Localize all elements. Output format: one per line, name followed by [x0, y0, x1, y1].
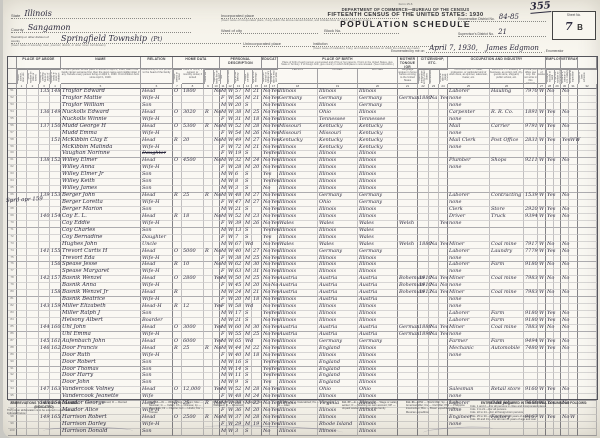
cell-code — [524, 360, 538, 367]
cell-naturalization — [429, 380, 439, 387]
cell-english — [439, 172, 448, 179]
cell-industry — [490, 373, 524, 380]
cell-street — [17, 158, 27, 165]
abbreviations-note: The proper abbreviation is to be entered… — [7, 409, 81, 415]
cell-own: R — [173, 193, 182, 200]
cell-dwelling: 137 — [39, 124, 50, 131]
cell-class — [538, 179, 546, 186]
cell-house — [27, 283, 39, 290]
cell-occupation: none — [448, 353, 490, 360]
cell-own — [173, 353, 182, 360]
cell-naturalization — [429, 200, 439, 207]
cell-radio — [204, 283, 213, 290]
cell-farm_no — [578, 311, 597, 318]
supervisors-district-label: Supervisor's District No. — [458, 32, 494, 36]
cell-naturalization — [429, 339, 439, 346]
cell-immigration — [418, 311, 429, 318]
table-row: 68Berger MarionSonMW21SNoYesIllinoisIlli… — [8, 207, 597, 214]
cell-veteran — [561, 360, 569, 367]
cell-farm_no — [578, 373, 597, 380]
column-sub-header: Number of farm schedule — [578, 69, 597, 84]
cell-at_work — [546, 373, 554, 380]
cell-line: 56 — [8, 124, 17, 131]
cell-value: 10 — [182, 262, 204, 269]
cell-english — [439, 360, 448, 367]
cell-radio — [204, 165, 213, 172]
cell-own — [173, 360, 182, 367]
column-sub-header: of each person whose place of abode on A… — [61, 69, 141, 84]
cell-farm — [213, 235, 220, 242]
column-group-header: RELATION — [141, 57, 173, 69]
cell-street — [17, 325, 27, 332]
cell-veteran — [561, 172, 569, 179]
cell-veteran: No — [561, 124, 569, 131]
cell-immigration — [418, 297, 429, 304]
cell-farm_no — [578, 179, 597, 186]
cell-family: 158 — [50, 290, 61, 297]
cell-english — [439, 145, 448, 152]
abbreviation-column: Col. 12.—W — White; Neg — Negro; Mex — M… — [149, 401, 209, 425]
cell-war — [569, 207, 578, 214]
cell-naturalization — [429, 151, 439, 158]
cell-code — [524, 179, 538, 186]
cell-war — [569, 235, 578, 242]
cell-house — [27, 360, 39, 367]
table-row: 89Door RuthWife-HFW40M18NoYesIllinoisIll… — [8, 353, 597, 360]
cell-dwelling — [39, 165, 50, 172]
cell-unemp — [554, 297, 561, 304]
cell-radio: R — [204, 249, 213, 256]
cell-farm — [213, 96, 220, 103]
cell-unemp — [554, 158, 561, 165]
cell-farm — [213, 172, 220, 179]
cell-value — [182, 221, 204, 228]
abbreviation-column: Col. 27.—E — Employer; W — Wage or salar… — [342, 401, 402, 425]
cell-line: 55 — [8, 117, 17, 124]
entries-item: Cols. 30 and 31.—For all men 21 years of… — [470, 418, 598, 421]
cell-own — [173, 429, 182, 436]
cell-house — [27, 158, 39, 165]
cell-dwelling: 147 — [39, 387, 50, 394]
ward-label: Ward of city — [221, 28, 242, 33]
cell-occupation — [448, 172, 490, 179]
cell-class: W — [538, 138, 546, 145]
cell-value — [182, 145, 204, 152]
cell-english — [439, 346, 448, 353]
township-value: Springfield Township — [57, 35, 151, 43]
enumerated-by-line: Enumerated by me on April 7, 1930, James… — [391, 45, 597, 53]
cell-unemp — [554, 228, 561, 235]
cell-class — [538, 360, 546, 367]
cell-veteran: No — [561, 249, 569, 256]
cell-value — [182, 311, 204, 318]
cell-immigration — [418, 256, 429, 263]
cell-mother_tongue: Welsh — [398, 242, 418, 249]
cell-radio — [204, 387, 213, 394]
cell-code: 9791 — [524, 124, 538, 131]
cell-farm: No — [213, 138, 220, 145]
cell-value: 18 — [182, 214, 204, 221]
cell-house — [27, 228, 39, 235]
cell-radio — [204, 276, 213, 283]
cell-unemp — [554, 256, 561, 263]
cell-farm_no — [578, 290, 597, 297]
cell-unemp — [554, 124, 561, 131]
county-value: Sangamon — [24, 24, 75, 32]
cell-radio — [204, 138, 213, 145]
cell-code — [524, 373, 538, 380]
cell-unemp — [554, 373, 561, 380]
cell-street — [17, 373, 27, 380]
cell-english — [439, 373, 448, 380]
cell-naturalization — [429, 221, 439, 228]
cell-unemp — [554, 193, 561, 200]
cell-farm: Yes — [213, 276, 220, 283]
cell-war — [569, 339, 578, 346]
cell-value — [182, 200, 204, 207]
cell-family: 152 — [50, 158, 61, 165]
cell-value: 5000 — [182, 249, 204, 256]
cell-radio — [204, 200, 213, 207]
cell-veteran: No — [561, 276, 569, 283]
cell-naturalization — [429, 214, 439, 221]
cell-veteran — [561, 228, 569, 235]
cell-class: W — [538, 346, 546, 353]
cell-naturalization — [429, 193, 439, 200]
cell-english — [439, 165, 448, 172]
column-sub-header — [8, 69, 17, 84]
cell-value: 3020 — [182, 110, 204, 117]
cell-english — [439, 207, 448, 214]
cell-radio — [204, 429, 213, 436]
cell-veteran: No — [561, 387, 569, 394]
cell-family: 160 — [50, 325, 61, 332]
cell-immigration — [418, 200, 429, 207]
cell-industry — [490, 96, 524, 103]
cell-value — [182, 360, 204, 367]
cell-house — [27, 186, 39, 193]
cell-immigration — [418, 339, 429, 346]
township-field: Township or other division of county Spr… — [11, 35, 241, 47]
cell-industry — [490, 353, 524, 360]
cell-veteran — [561, 353, 569, 360]
cell-class: W — [538, 276, 546, 283]
cell-own: O — [173, 158, 182, 165]
cell-english — [439, 311, 448, 318]
cell-farm — [213, 228, 220, 235]
cell-unemp — [554, 276, 561, 283]
column-sub-header: MOTHER — [358, 69, 398, 84]
cell-dwelling — [39, 131, 50, 138]
cell-farm_no — [578, 165, 597, 172]
cell-radio — [204, 318, 213, 325]
cell-house — [27, 214, 39, 221]
cell-industry — [490, 360, 524, 367]
cell-veteran: No — [561, 325, 569, 332]
cell-read_write: Yes — [270, 165, 278, 172]
cell-industry: Coal mine — [490, 276, 524, 283]
township-note: (Insert name of township, town, precinct… — [11, 44, 241, 47]
cell-farm — [213, 200, 220, 207]
cell-radio — [204, 228, 213, 235]
cell-naturalization — [429, 346, 439, 353]
cell-code: 2831 — [524, 138, 538, 145]
column-group-header: PLACE OF ABODE — [17, 57, 61, 69]
cell-at_work — [546, 221, 554, 228]
column-sub-header: PERSON — [278, 69, 318, 84]
cell-line: 94 — [8, 387, 17, 394]
cell-english — [439, 186, 448, 193]
cell-class: W — [538, 249, 546, 256]
cell-mother_tongue — [398, 151, 418, 158]
cell-age_married — [252, 304, 262, 311]
cell-street — [17, 269, 27, 276]
cell-line: 88 — [8, 346, 17, 353]
cell-veteran: No — [561, 262, 569, 269]
cell-family: 157 — [50, 276, 61, 283]
cell-house — [27, 262, 39, 269]
cell-english: Yes — [439, 290, 448, 297]
cell-veteran: No — [561, 214, 569, 221]
unincorporated-label: Unincorporated place — [243, 41, 281, 46]
cell-mother_tongue: Bohemian — [398, 290, 418, 297]
cell-unemp — [554, 131, 561, 138]
cell-farm: No — [213, 249, 220, 256]
cell-family — [50, 235, 61, 242]
cell-line: 78 — [8, 276, 17, 283]
cell-street — [17, 235, 27, 242]
cell-own — [173, 165, 182, 172]
cell-line: 53 — [8, 103, 17, 110]
column-sub-header: Age at last birthday — [234, 69, 244, 84]
cell-family — [50, 165, 61, 172]
cell-unemp — [554, 96, 561, 103]
cell-street — [17, 179, 27, 186]
cell-unemp — [554, 325, 561, 332]
cell-at_work: Yes — [546, 249, 554, 256]
cell-radio — [204, 145, 213, 152]
cell-dwelling — [39, 138, 50, 145]
cell-street — [17, 387, 27, 394]
cell-industry — [490, 429, 524, 436]
cell-war — [569, 283, 578, 290]
cell-english — [439, 103, 448, 110]
cell-code — [524, 221, 538, 228]
cell-code — [524, 145, 538, 152]
cell-unemp — [554, 380, 561, 387]
column-sub-header: Number of family in order of visitation — [50, 69, 61, 84]
cell-family — [50, 360, 61, 367]
cell-age_married — [252, 172, 262, 179]
cell-immigration — [418, 346, 429, 353]
abbreviations-title: ABBREVIATIONS TO BE USED IN COLUMNS (IND… — [7, 401, 81, 409]
column-sub-header: Street, avenue, road, etc. — [17, 69, 27, 84]
cell-dwelling — [39, 373, 50, 380]
column-sub-header: Age at first marriage — [252, 69, 262, 84]
cell-industry — [490, 297, 524, 304]
cell-code: 9211 — [524, 158, 538, 165]
cell-own — [173, 96, 182, 103]
cell-line: 51 — [8, 89, 17, 96]
cell-unemp — [554, 304, 561, 311]
cell-value — [182, 235, 204, 242]
cell-age_married — [252, 228, 262, 235]
cell-class — [538, 145, 546, 152]
cell-war — [569, 269, 578, 276]
cell-read_write: Yes — [270, 373, 278, 380]
cell-mother_tongue — [398, 367, 418, 374]
cell-line: 79 — [8, 283, 17, 290]
cell-value — [182, 96, 204, 103]
cell-street — [17, 214, 27, 221]
cell-class — [538, 96, 546, 103]
cell-war — [569, 200, 578, 207]
cell-own — [173, 221, 182, 228]
cell-class — [538, 172, 546, 179]
cell-farm_no — [578, 172, 597, 179]
cell-naturalization — [429, 117, 439, 124]
cell-english — [439, 297, 448, 304]
cell-veteran — [561, 373, 569, 380]
cell-street — [17, 96, 27, 103]
cell-war: WW — [569, 138, 578, 145]
cell-immigration — [418, 193, 429, 200]
cell-value — [182, 429, 204, 436]
cell-industry — [490, 367, 524, 374]
cell-english — [439, 367, 448, 374]
cell-own: O — [173, 124, 182, 131]
cell-industry: Coal mine — [490, 325, 524, 332]
cell-farm_no — [578, 353, 597, 360]
cell-street — [17, 145, 27, 152]
cell-house — [27, 221, 39, 228]
cell-house — [27, 256, 39, 263]
cell-war — [569, 103, 578, 110]
cell-house — [27, 96, 39, 103]
cell-naturalization — [429, 304, 439, 311]
cell-mother_tongue — [398, 387, 418, 394]
cell-farm_no — [578, 221, 597, 228]
cell-own: O — [173, 110, 182, 117]
cell-age_married: 18 — [252, 297, 262, 304]
cell-class — [538, 353, 546, 360]
column-group-header: OCCUPATION AND INDUSTRY — [448, 57, 546, 69]
cell-house — [27, 332, 39, 339]
cell-veteran: No — [561, 158, 569, 165]
table-row: 74141155Trevort Curtis HHeadO5000RNoMW40… — [8, 249, 597, 256]
cell-english — [439, 304, 448, 311]
cell-relation: Son — [141, 429, 173, 436]
cell-line: 69 — [8, 214, 17, 221]
cell-naturalization — [429, 110, 439, 117]
enumerated-pre-label: Enumerated by me on — [391, 49, 424, 53]
cell-immigration — [418, 380, 429, 387]
cell-radio — [204, 96, 213, 103]
cell-unemp — [554, 283, 561, 290]
cell-unemp — [554, 339, 561, 346]
cell-street — [17, 290, 27, 297]
cell-code — [524, 297, 538, 304]
cell-dwelling — [39, 172, 50, 179]
cell-dwelling: 135 — [39, 89, 50, 96]
cell-radio — [204, 89, 213, 96]
cell-house — [27, 117, 39, 124]
cell-line: 68 — [8, 207, 17, 214]
cell-family: 155 — [50, 249, 61, 256]
cell-house — [27, 249, 39, 256]
table-row: 78142157Basnik WenzelHeadO2800YesMW50M25… — [8, 276, 597, 283]
cell-family — [50, 221, 61, 228]
cell-unemp — [554, 269, 561, 276]
column-group-header: EMPLOYMENT — [546, 57, 561, 69]
cell-english — [439, 380, 448, 387]
census-table: PLACE OF ABODENAMERELATIONHOME DATAPERSO… — [7, 56, 598, 400]
cell-at_work: Yes — [546, 193, 554, 200]
cell-war — [569, 221, 578, 228]
cell-radio — [204, 367, 213, 374]
cell-farm_no — [578, 103, 597, 110]
cell-war — [569, 110, 578, 117]
cell-war — [569, 172, 578, 179]
cell-war — [569, 387, 578, 394]
cell-mother_tongue — [398, 346, 418, 353]
cell-family: 159 — [50, 304, 61, 311]
cell-veteran: No — [561, 346, 569, 353]
cell-mother_tongue — [398, 193, 418, 200]
cell-line: 85 — [8, 325, 17, 332]
cell-dwelling: 138 — [39, 158, 50, 165]
cell-class: W — [538, 193, 546, 200]
cell-dwelling: 136 — [39, 110, 50, 117]
cell-age_married: 20 — [252, 165, 262, 172]
cell-class: W — [538, 214, 546, 221]
cell-farm — [213, 367, 220, 374]
column-sub-header: Whether a veteran of U.S. military or na… — [561, 69, 569, 84]
column-sub-header: Sex — [220, 69, 227, 84]
cell-line: 82 — [8, 304, 17, 311]
cell-unemp — [554, 117, 561, 124]
cell-unemp — [554, 311, 561, 318]
cell-code — [524, 429, 538, 436]
cell-street — [17, 360, 27, 367]
cell-industry — [490, 228, 524, 235]
cell-farm_no — [578, 151, 597, 158]
cell-own: R — [173, 214, 182, 221]
cell-dwelling: 141 — [39, 249, 50, 256]
cell-house — [27, 353, 39, 360]
column-group-header: MOTHER TONGUE (OR NATIVE LANGUAGE) OF FO… — [398, 57, 418, 69]
cell-english — [439, 117, 448, 124]
cell-house — [27, 387, 39, 394]
cell-at_work — [546, 179, 554, 186]
cell-line: 57 — [8, 131, 17, 138]
cell-immigration — [418, 145, 429, 152]
cell-street — [17, 339, 27, 346]
cell-street — [17, 304, 27, 311]
cell-veteran: No — [561, 110, 569, 117]
cell-farm_no — [578, 228, 597, 235]
cell-radio — [204, 131, 213, 138]
cell-house — [27, 172, 39, 179]
cell-radio — [204, 179, 213, 186]
cell-immigration — [418, 131, 429, 138]
cell-farm: No — [213, 158, 220, 165]
cell-war — [569, 318, 578, 325]
cell-war — [569, 89, 578, 96]
cell-at_work: No — [546, 325, 554, 332]
column-sub-header: Class of worker — [538, 69, 546, 84]
cell-immigration: 1913 — [418, 290, 429, 297]
